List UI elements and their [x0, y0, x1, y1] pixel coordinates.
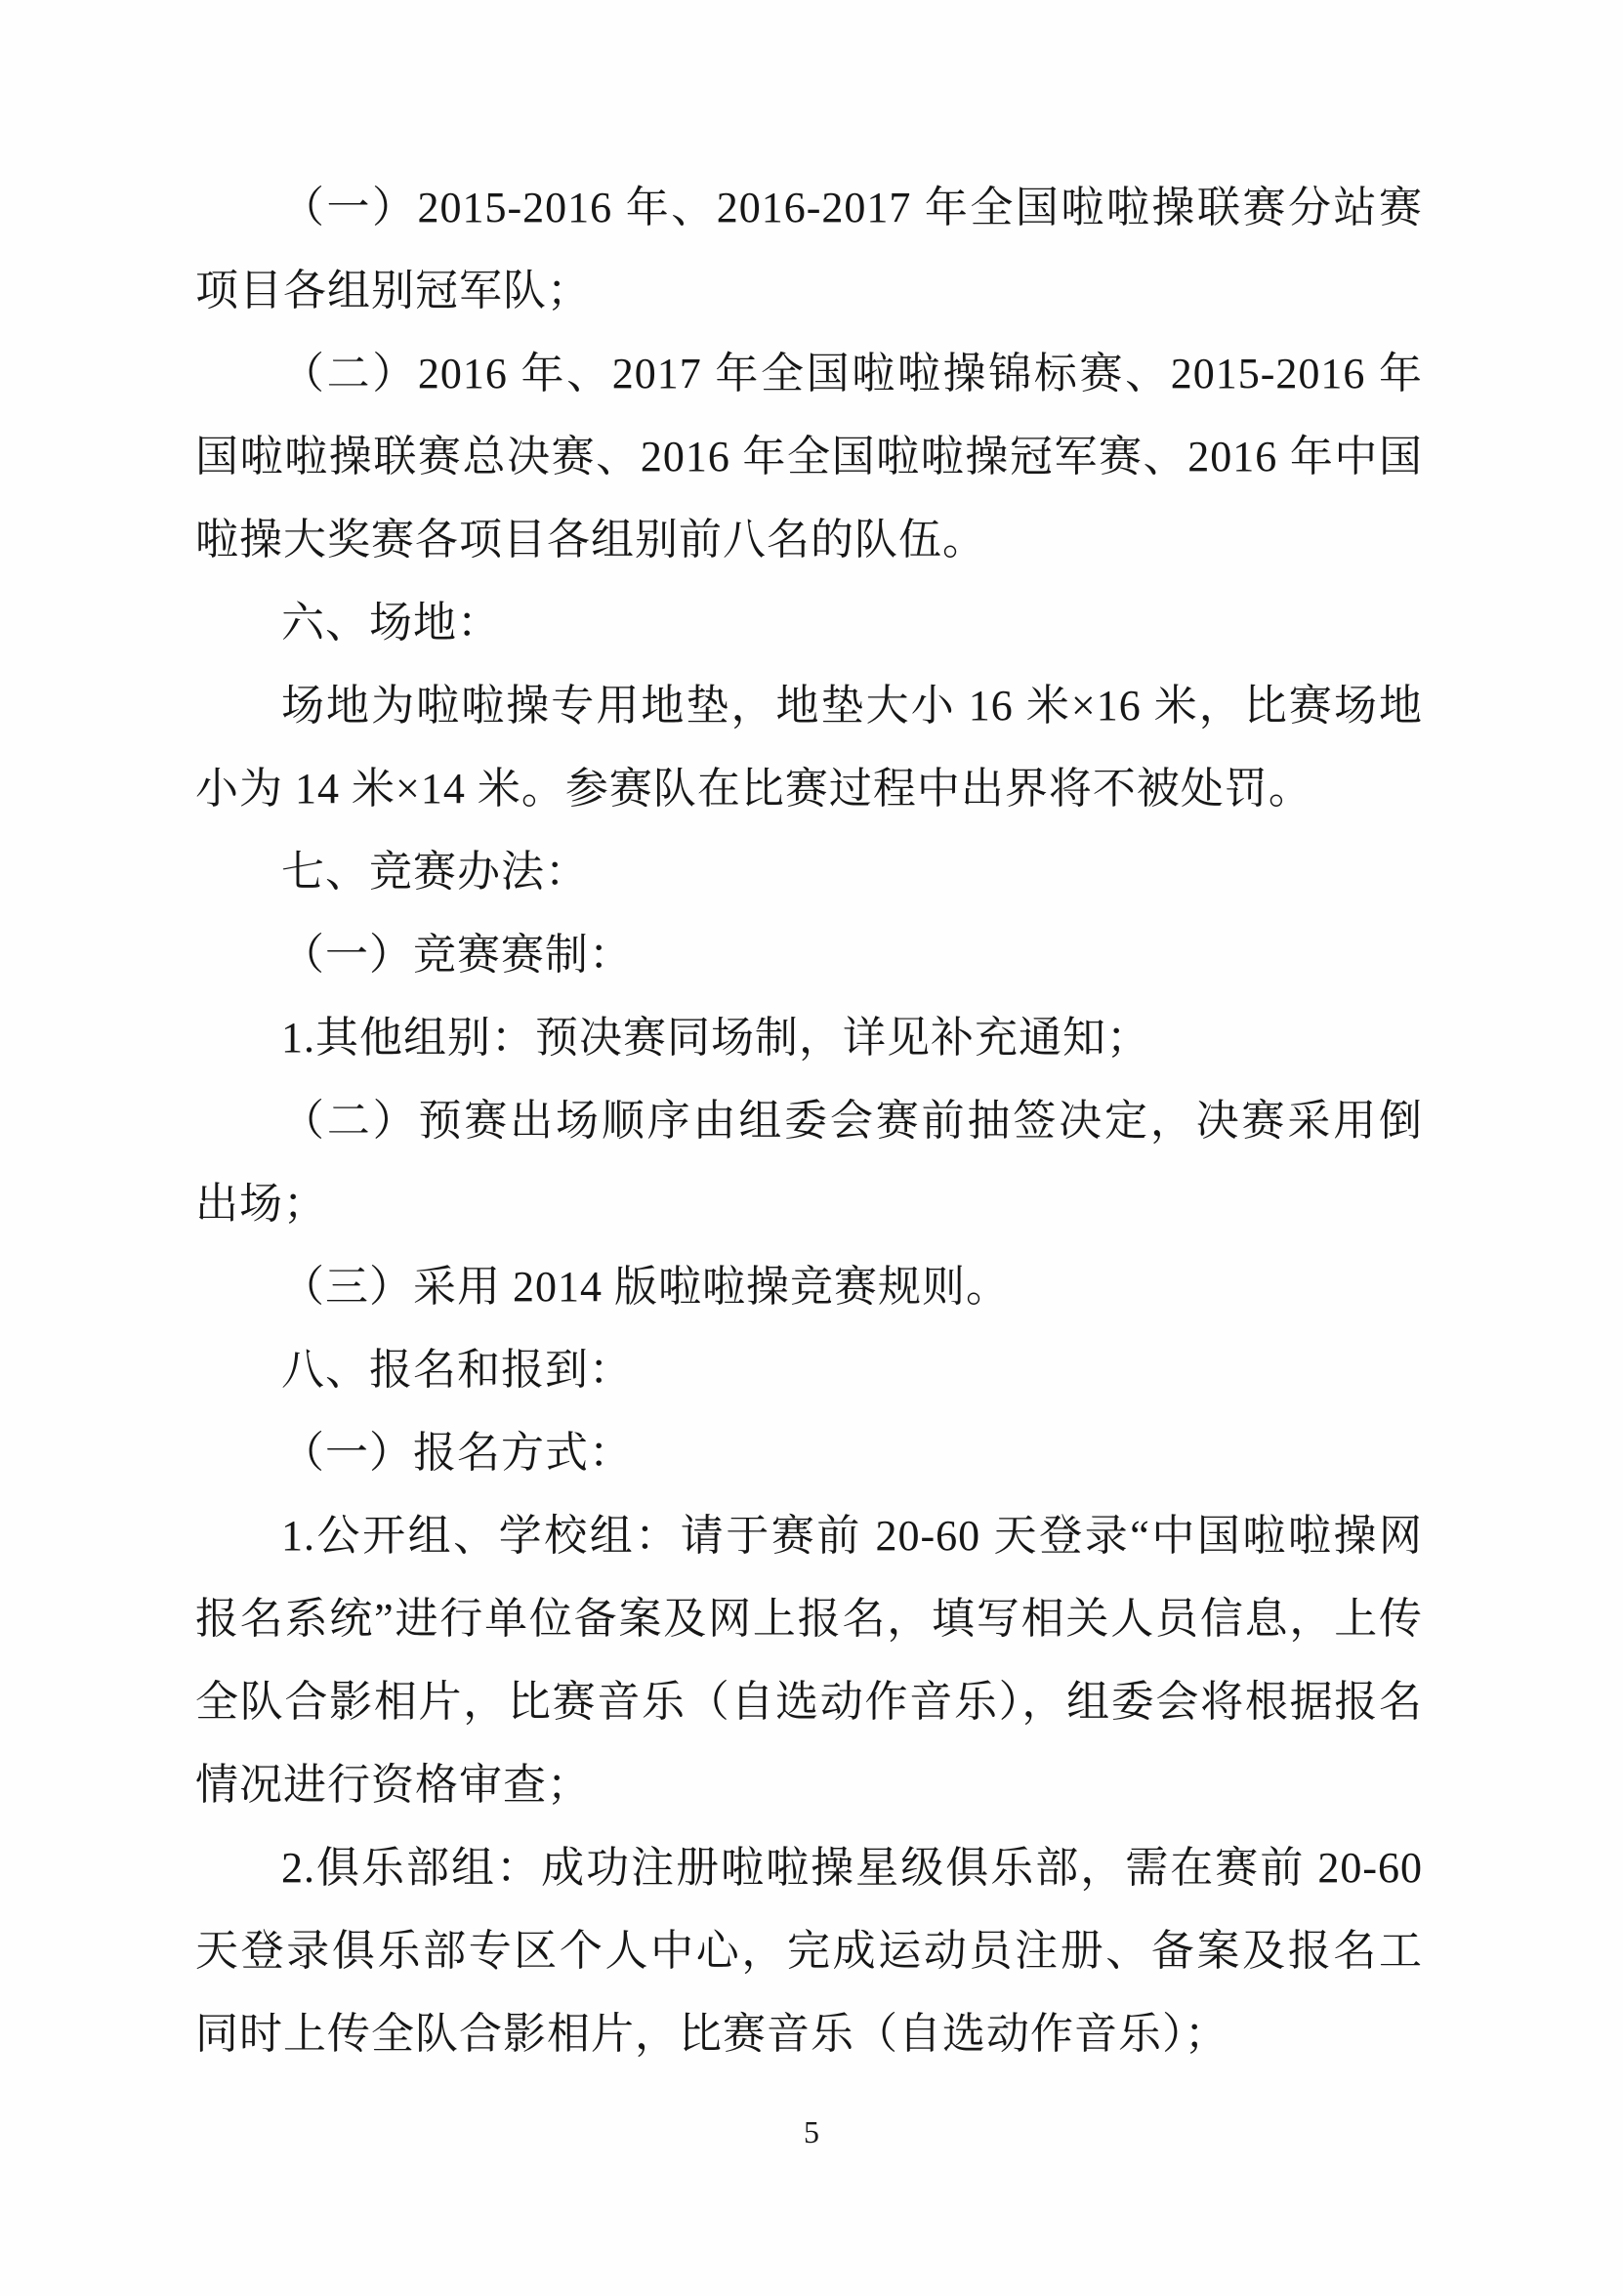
text-line: 小为 14 米×14 米。参赛队在比赛过程中出界将不被处罚。: [195, 747, 1423, 830]
page-number: 5: [0, 2108, 1623, 2156]
text-line: 同时上传全队合影相片，比赛音乐（自选动作音乐）；: [195, 1992, 1423, 2075]
text-block: （一）2015-2016 年、2016-2017 年全国啦啦操联赛分站赛各项目各…: [195, 166, 1423, 2075]
text-line: 全队合影相片，比赛音乐（自选动作音乐），组委会将根据报名: [195, 1660, 1423, 1743]
text-line: 国啦啦操联赛总决赛、2016 年全国啦啦操冠军赛、2016 年中国啦: [195, 415, 1423, 498]
text-line: （三）采用 2014 版啦啦操竞赛规则。: [195, 1245, 1423, 1328]
text-line: 项目各组别冠军队；: [195, 249, 1423, 332]
text-line: 1.其他组别：预决赛同场制，详见补充通知；: [195, 996, 1423, 1079]
text-line: 1.公开组、学校组：请于赛前 20-60 天登录“中国啦啦操网: [195, 1494, 1423, 1577]
text-line: 报名系统”进行单位备案及网上报名，填写相关人员信息，上传: [195, 1577, 1423, 1660]
text-line: 出场；: [195, 1162, 1423, 1245]
text-line: 七、竞赛办法：: [195, 830, 1423, 913]
text-line: （二）预赛出场顺序由组委会赛前抽签决定，决赛采用倒序: [195, 1079, 1423, 1162]
text-line: （二）2016 年、2017 年全国啦啦操锦标赛、2015-2016 年全: [195, 332, 1423, 415]
text-line: 天登录俱乐部专区个人中心，完成运动员注册、备案及报名工作，: [195, 1909, 1423, 1992]
text-line: 啦操大奖赛各项目各组别前八名的队伍。: [195, 498, 1423, 581]
text-line: 场地为啦啦操专用地垫，地垫大小 16 米×16 米，比赛场地大: [195, 664, 1423, 747]
text-line: 六、场地：: [195, 581, 1423, 664]
text-line: （一）报名方式：: [195, 1411, 1423, 1494]
document-page: （一）2015-2016 年、2016-2017 年全国啦啦操联赛分站赛各项目各…: [0, 0, 1623, 2296]
text-line: 2.俱乐部组：成功注册啦啦操星级俱乐部，需在赛前 20-60: [195, 1826, 1423, 1909]
text-line: 情况进行资格审查；: [195, 1743, 1423, 1826]
text-line: （一）竞赛赛制：: [195, 913, 1423, 996]
text-line: （一）2015-2016 年、2016-2017 年全国啦啦操联赛分站赛各: [195, 166, 1423, 249]
text-line: 八、报名和报到：: [195, 1328, 1423, 1411]
